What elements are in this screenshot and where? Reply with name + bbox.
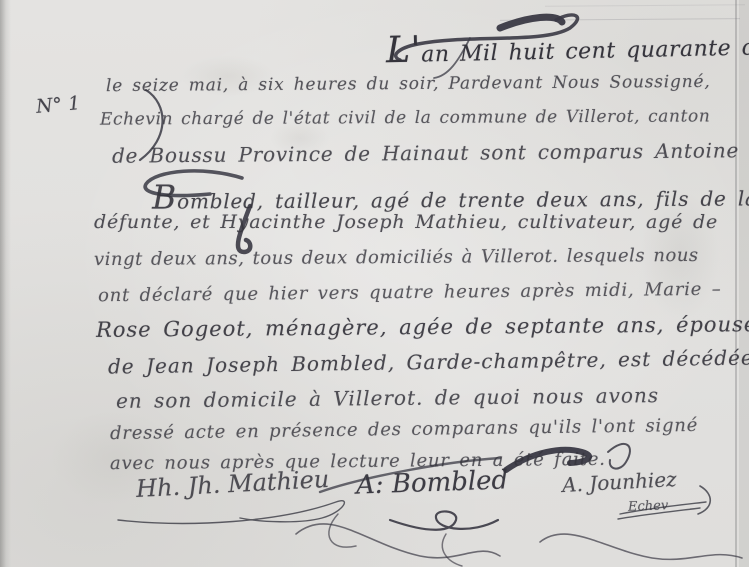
signature1-paraph — [118, 501, 344, 524]
record-line-2: le seize mai, à six heures du soir, Pard… — [106, 72, 711, 96]
signature-bombled: A: Bombled — [356, 465, 509, 500]
record-line-7: vingt deux ans, tous deux domiciliés à V… — [94, 245, 699, 270]
page-fold-line — [735, 0, 737, 567]
record-line-12: dressé acte en présence des comparans qu… — [110, 415, 698, 444]
signature-echevin-title: Echev — [628, 498, 669, 514]
record-line-3: Echevin chargé de l'état civil de la com… — [100, 106, 710, 129]
scan-edge-right — [739, 0, 749, 567]
record-line-11: en son domicile à Villerot. de quoi nous… — [116, 383, 659, 413]
margin-entry-number: N° 1 — [35, 92, 81, 118]
record-line-9: Rose Gogeot, ménagère, agée de septante … — [96, 312, 749, 342]
scan-edge-left — [0, 0, 11, 567]
faint-rule-line — [500, 18, 740, 21]
record-line-1: L'an Mil huit cent quarante cinq — [386, 20, 749, 71]
signature3-curl — [698, 486, 710, 514]
signature2-descender — [442, 534, 462, 566]
record-line-4: de Boussu Province de Hainaut sont compa… — [112, 138, 739, 167]
bottom-curl-stroke — [329, 514, 356, 547]
bottom-wave-stroke — [296, 524, 500, 558]
closing-flourish — [608, 444, 630, 469]
document-page: N° 1 L'an Mil huit cent quarante cinq le… — [0, 0, 749, 567]
signature2-paraph — [390, 511, 498, 529]
record-line-6: défunte, et Hyacinthe Joseph Mathieu, cu… — [94, 211, 718, 233]
record-line-8: ont déclaré que hier vers quatre heures … — [98, 279, 722, 307]
signature-echevin: A. Jounhiez — [561, 467, 677, 497]
bottom-wave-stroke — [540, 534, 742, 559]
record-line-10: de Jean Joseph Bombled, Garde-champêtre,… — [108, 345, 749, 378]
faint-rule-line — [545, 4, 745, 6]
